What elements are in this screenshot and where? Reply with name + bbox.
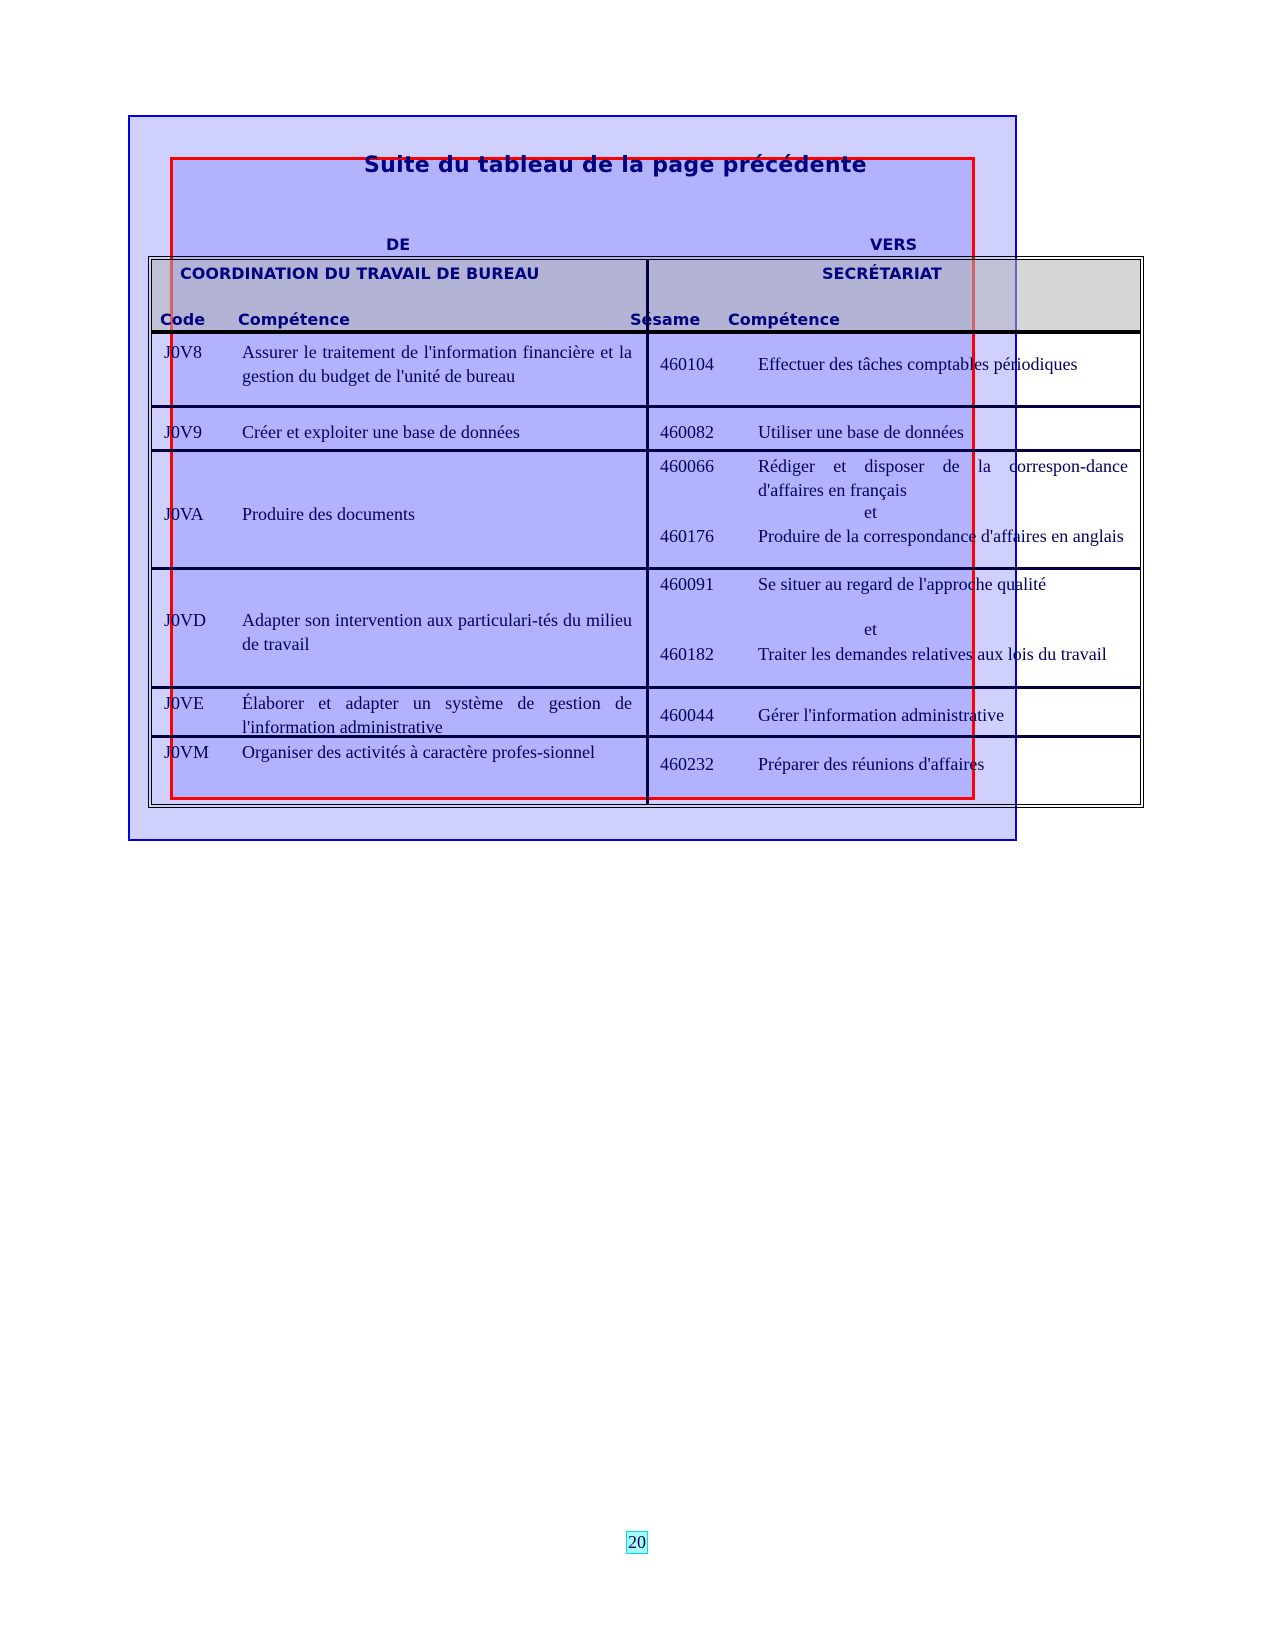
competence-code: J0V9 xyxy=(164,420,234,444)
competence-description: Organiser des activités à caractère prof… xyxy=(242,740,632,764)
match-joiner: et xyxy=(864,502,877,523)
competence-code: J0VD xyxy=(164,608,234,632)
sesame-code: 460066 xyxy=(660,454,750,478)
column-header-left-competence: Compétence xyxy=(238,310,350,329)
sesame-code: 460176 xyxy=(660,524,750,548)
competence-description: Élaborer et adapter un système de gestio… xyxy=(242,691,632,739)
competence-code: J0VA xyxy=(164,502,234,526)
sesame-code: 460232 xyxy=(660,752,750,776)
page-title: Suite du tableau de la page précédente xyxy=(364,153,867,178)
sesame-competence: Effectuer des tâches comptables périodiq… xyxy=(758,352,1128,376)
column-header-code: Code xyxy=(160,310,205,329)
left-heading: COORDINATION DU TRAVAIL DE BUREAU xyxy=(180,264,539,283)
table-row: J0VAProduire des documents460066Rédiger … xyxy=(152,452,1140,570)
table-row: J0VDAdapter son intervention aux particu… xyxy=(152,570,1140,689)
table-row: J0VEÉlaborer et adapter un système de ge… xyxy=(152,689,1140,738)
sesame-competence: Produire de la correspondance d'affaires… xyxy=(758,524,1128,548)
right-heading: SECRÉTARIAT xyxy=(822,264,942,283)
page-number: 20 xyxy=(626,1531,648,1554)
to-label: VERS xyxy=(870,235,917,254)
table-row: J0VMOrganiser des activités à caractère … xyxy=(152,738,1140,804)
sesame-code: 460104 xyxy=(660,352,750,376)
sesame-code: 460091 xyxy=(660,572,750,596)
column-header-sesame: Sésame xyxy=(630,310,700,329)
table-row: J0V9Créer et exploiter une base de donné… xyxy=(152,408,1140,452)
table-row: J0V8Assurer le traitement de l'informati… xyxy=(152,334,1140,408)
sesame-competence: Utiliser une base de données xyxy=(758,420,1128,444)
sesame-competence: Traiter les demandes relatives aux lois … xyxy=(758,642,1128,666)
match-joiner: et xyxy=(864,619,877,640)
sesame-code: 460182 xyxy=(660,642,750,666)
sesame-competence: Rédiger et disposer de la correspon-danc… xyxy=(758,454,1128,502)
sesame-competence: Se situer au regard de l'approche qualit… xyxy=(758,572,1128,596)
correspondence-table: COORDINATION DU TRAVAIL DE BUREAU SECRÉT… xyxy=(148,256,1144,808)
from-label: DE xyxy=(386,235,410,254)
competence-code: J0VM xyxy=(164,740,234,764)
sesame-competence: Gérer l'information administrative xyxy=(758,703,1128,727)
column-header-right-competence: Compétence xyxy=(728,310,840,329)
competence-description: Produire des documents xyxy=(242,502,632,526)
competence-description: Créer et exploiter une base de données xyxy=(242,420,632,444)
sesame-code: 460082 xyxy=(660,420,750,444)
sesame-competence: Préparer des réunions d'affaires xyxy=(758,752,1128,776)
competence-code: J0V8 xyxy=(164,340,234,364)
sesame-code: 460044 xyxy=(660,703,750,727)
competence-description: Adapter son intervention aux particulari… xyxy=(242,608,632,656)
competence-code: J0VE xyxy=(164,691,234,715)
competence-description: Assurer le traitement de l'information f… xyxy=(242,340,632,388)
